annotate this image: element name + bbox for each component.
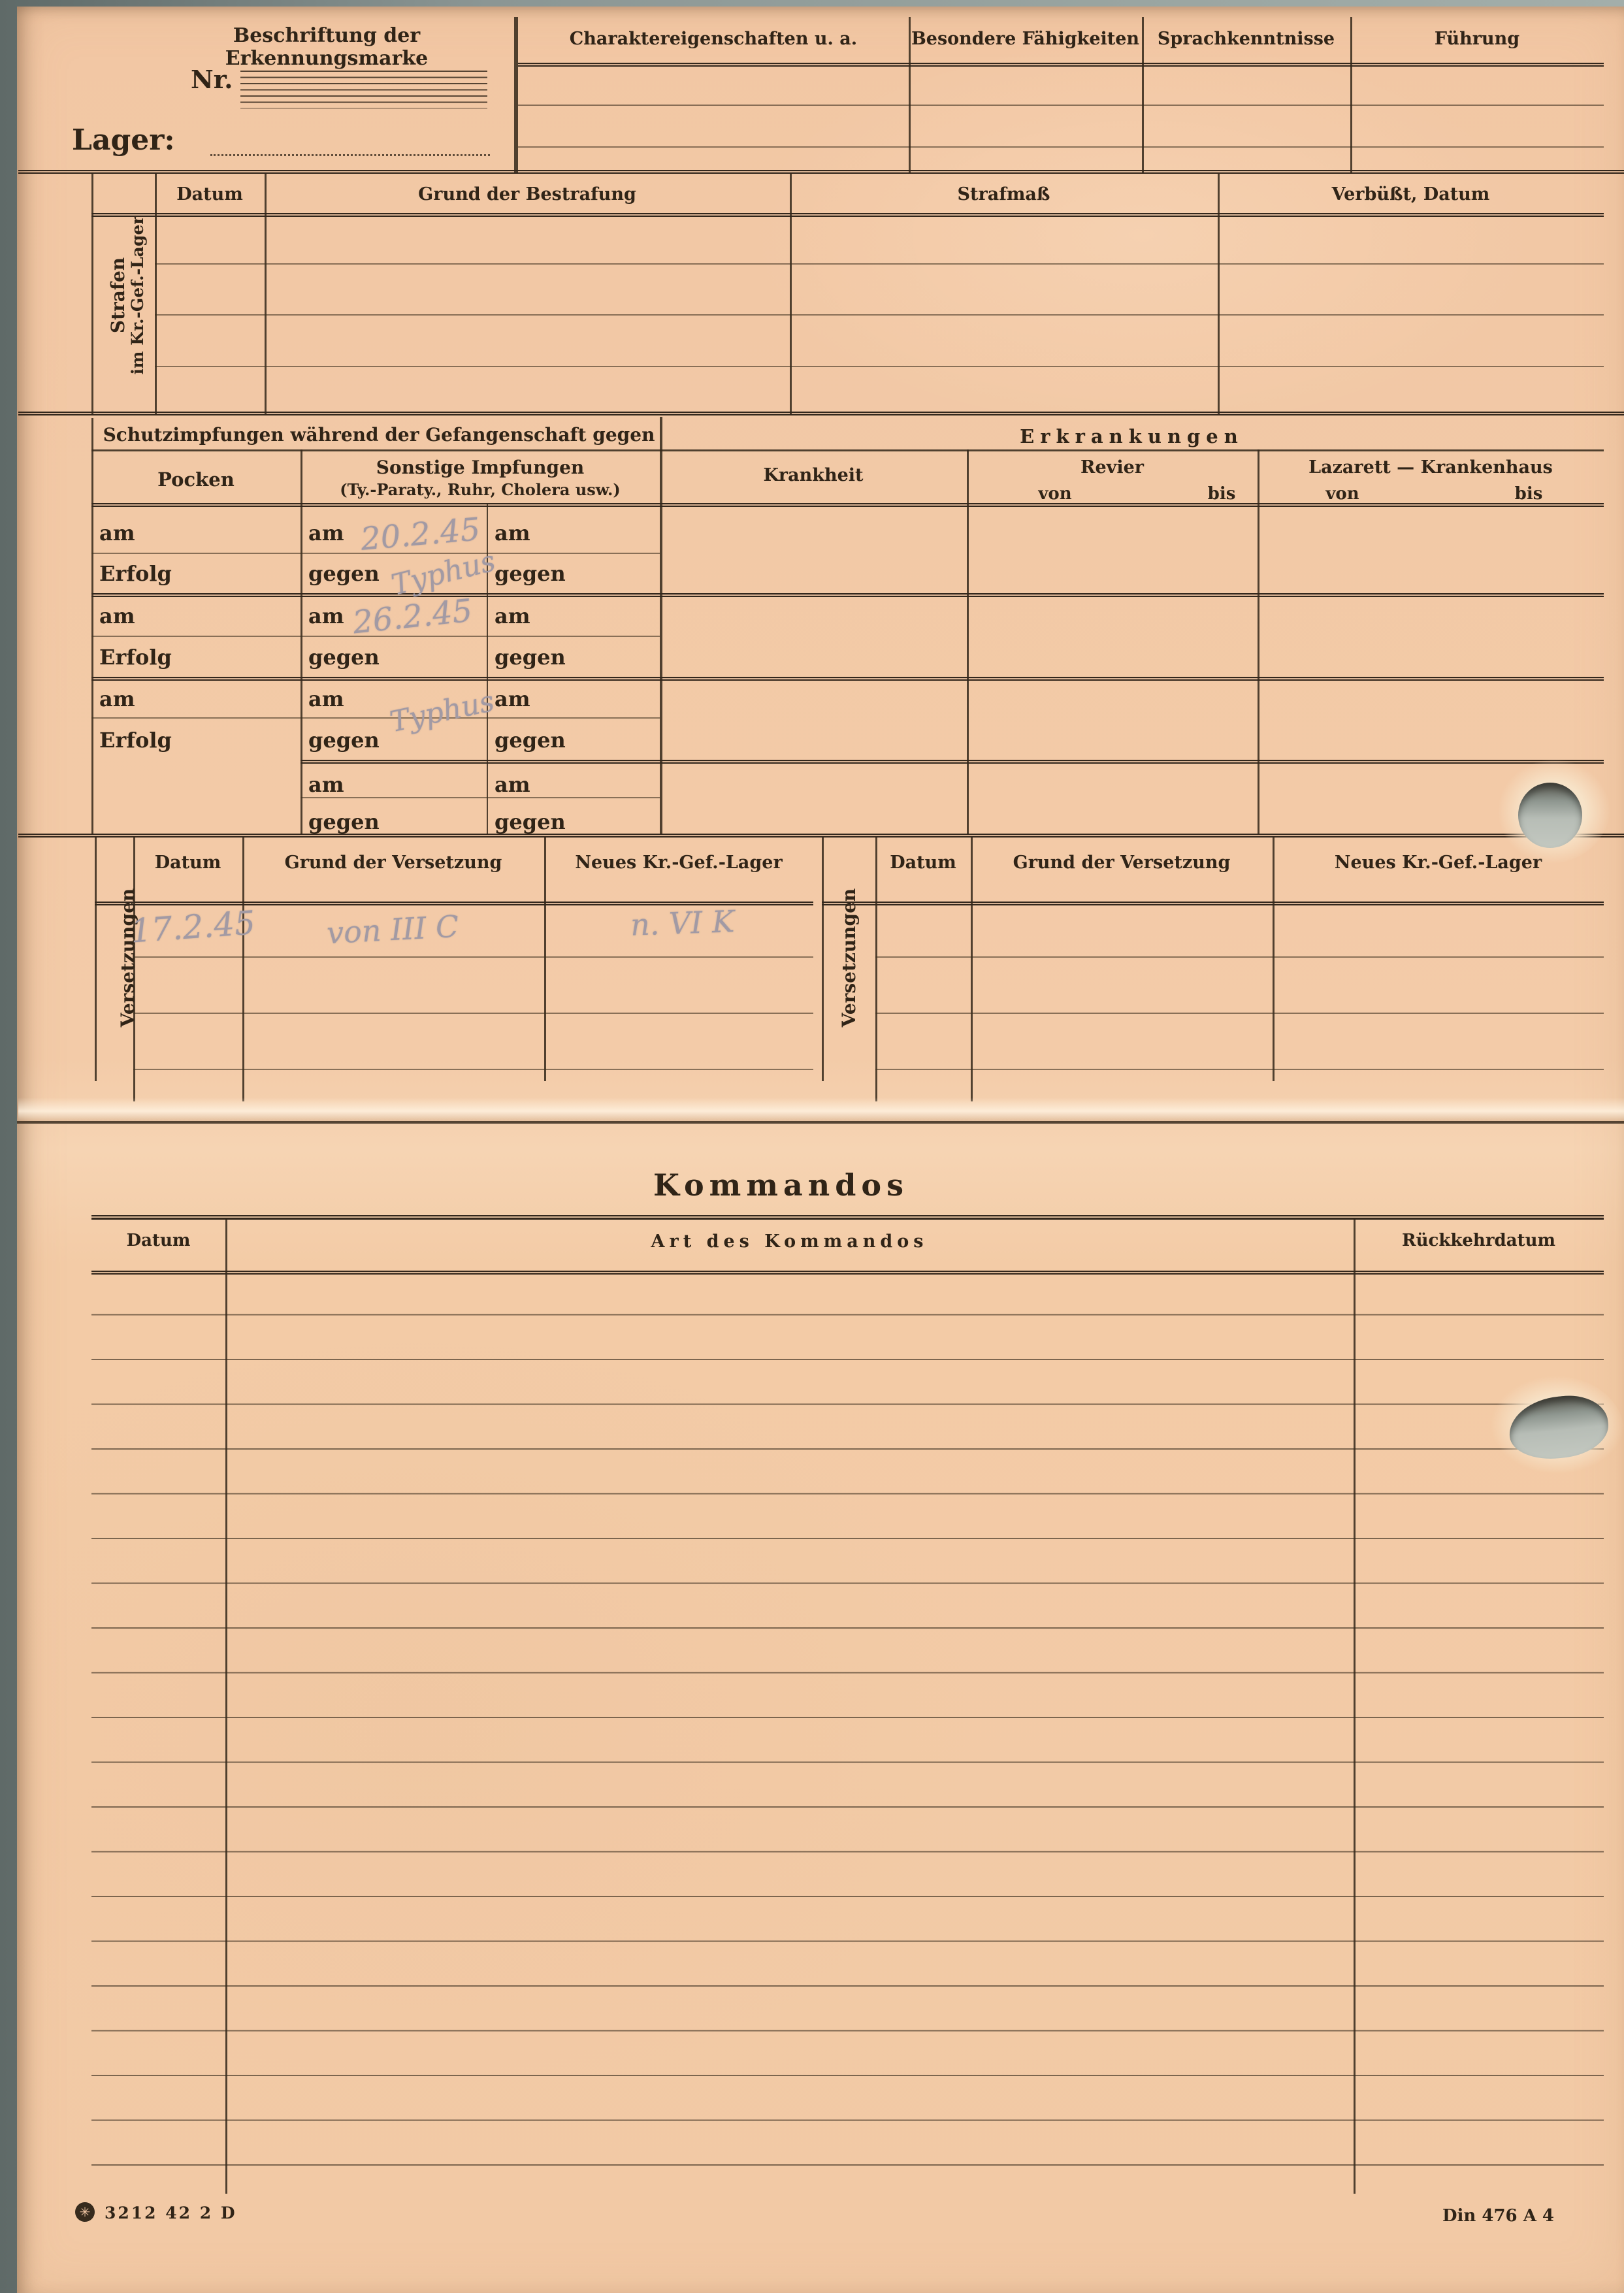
table-rule	[133, 1013, 813, 1014]
strafen-col-strafmass: Strafmaß	[790, 184, 1218, 204]
column-divider	[300, 449, 302, 835]
column-divider	[1273, 838, 1275, 1081]
erkrankungen-col-lazarett: Lazarett — Krankenhaus	[1258, 457, 1604, 478]
col-header-fuehrung: Führung	[1350, 29, 1604, 49]
kommandos-ruled-rows	[91, 1271, 1604, 2166]
revier-bis-label: bis	[1176, 485, 1267, 504]
strafen-col-datum: Datum	[155, 184, 265, 204]
sonstige-am-label: am	[308, 687, 344, 711]
lager-label: Lager:	[72, 124, 175, 157]
table-rule	[300, 797, 660, 798]
table-border	[822, 838, 824, 1081]
column-divider	[909, 17, 911, 174]
versetzungen-side-label-text: Versetzungen	[118, 866, 138, 1049]
pocken-am-label: am	[99, 521, 135, 545]
sonstige-gegen-label: gegen	[308, 645, 380, 670]
form-stamp-icon: ✳	[75, 2202, 95, 2222]
section-divider	[18, 412, 1624, 415]
erkrankungen-title: Erkrankungen	[660, 426, 1604, 447]
impfungen-col-sonstige: Sonstige Impfungen	[300, 457, 660, 478]
table-rule	[133, 1069, 813, 1070]
kommandos-col-art: Art des Kommandos	[225, 1231, 1354, 1252]
table-border	[95, 838, 97, 1081]
scanned-pow-card: Beschriftung der Erkennungsmarke Nr. Lag…	[0, 0, 1624, 2293]
column-divider	[1350, 17, 1352, 174]
pocken-am-label: am	[99, 604, 135, 628]
table-rule	[133, 956, 813, 958]
impfungen-title: Schutzimpfungen während der Gefangenscha…	[98, 425, 660, 446]
pocken-erfolg-label: Erfolg	[99, 728, 172, 753]
versetzungen-side-label: Versetzungen	[831, 866, 868, 1049]
lager-dotted-line	[210, 127, 490, 156]
sonstige-gegen-label: gegen	[495, 728, 566, 753]
versetzungen-col-datum: Datum	[875, 853, 971, 873]
table-rule	[91, 213, 1604, 217]
strafen-side-label: Strafen im Kr.-Gef.-Lager	[106, 204, 148, 387]
table-rule	[518, 63, 1604, 67]
col-header-faehigkeiten: Besondere Fähigkeiten	[909, 29, 1142, 49]
revier-von-label: von	[1009, 485, 1101, 504]
column-divider	[1142, 17, 1144, 174]
col-header-sprachen: Sprachkenntnisse	[1142, 29, 1350, 49]
pocken-am-label: am	[99, 687, 135, 711]
column-divider	[790, 174, 792, 415]
sonstige-gegen-label: gegen	[495, 810, 566, 834]
lazarett-bis-label: bis	[1483, 485, 1574, 504]
lazarett-von-label: von	[1297, 485, 1388, 504]
identity-tag-title: Beschriftung der Erkennungsmarke	[154, 25, 500, 70]
column-divider	[967, 449, 969, 835]
section-divider	[18, 170, 1624, 174]
table-rule	[155, 263, 1604, 265]
kommandos-title: Kommandos	[653, 1168, 862, 1203]
versetzungen-side-label-text: Versetzungen	[839, 866, 860, 1049]
column-divider	[155, 174, 157, 415]
sonstige-am-label: am	[308, 521, 344, 545]
sonstige-gegen-label: gegen	[308, 728, 380, 753]
column-divider	[875, 838, 877, 1101]
erkrankungen-col-revier: Revier	[967, 457, 1258, 478]
sonstige-am-label: am	[495, 604, 530, 628]
table-rule	[155, 366, 1604, 367]
handwritten-transfer-to: n. VI K	[630, 903, 735, 943]
sonstige-gegen-label: gegen	[495, 562, 566, 586]
sonstige-am-label: am	[495, 521, 530, 545]
table-border	[91, 174, 93, 415]
table-rule	[518, 146, 1604, 148]
column-divider	[1258, 449, 1259, 835]
strafen-side-label-line1: Strafen	[108, 204, 129, 387]
column-divider	[1218, 174, 1220, 415]
din-format-label: Din 476 A 4	[1442, 2207, 1554, 2226]
sonstige-gegen-label: gegen	[495, 645, 566, 670]
sonstige-am-label: am	[308, 604, 344, 628]
sonstige-gegen-label: gegen	[308, 562, 380, 586]
versetzungen-side-label: Versetzungen	[108, 866, 148, 1049]
table-rule	[300, 760, 1604, 764]
table-rule	[91, 503, 1604, 507]
nr-ruled-lines	[240, 71, 487, 108]
table-rule	[155, 314, 1604, 316]
section-divider	[18, 834, 1624, 838]
strafen-col-grund: Grund der Bestrafung	[265, 184, 790, 204]
strafen-side-label-line2: im Kr.-Gef.-Lager	[129, 204, 148, 387]
column-divider	[971, 838, 973, 1101]
table-rule	[875, 1013, 1604, 1014]
versetzungen-col-grund: Grund der Versetzung	[242, 853, 544, 873]
table-rule	[875, 956, 1604, 958]
versetzungen-col-neues: Neues Kr.-Gef.-Lager	[544, 853, 813, 873]
table-rule	[518, 105, 1604, 106]
fold-line	[17, 1121, 1624, 1124]
column-divider	[242, 838, 244, 1101]
pocken-erfolg-label: Erfolg	[99, 645, 172, 670]
nr-label: Nr.	[191, 65, 233, 94]
pocken-erfolg-label: Erfolg	[99, 562, 172, 586]
strafen-col-verbuesst: Verbüßt, Datum	[1218, 184, 1604, 204]
column-divider	[544, 838, 546, 1081]
table-rule	[91, 593, 1604, 597]
handwritten-transfer-from: von III C	[326, 909, 460, 951]
form-number: 3212 42 2 D	[105, 2204, 237, 2223]
versetzungen-col-datum: Datum	[133, 853, 242, 873]
column-divider	[265, 174, 267, 415]
erkrankungen-col-krankheit: Krankheit	[660, 465, 967, 485]
table-rule	[875, 1069, 1604, 1070]
sonstige-gegen-label: gegen	[308, 810, 380, 834]
impfungen-col-sonstige-sub: (Ty.-Paraty., Ruhr, Cholera usw.)	[300, 481, 660, 499]
kommandos-col-rueckkehr: Rückkehrdatum	[1354, 1231, 1604, 1251]
table-rule	[91, 449, 1604, 451]
sonstige-am-label: am	[495, 773, 530, 797]
table-rule	[91, 1215, 1604, 1220]
kommandos-col-datum: Datum	[91, 1231, 225, 1251]
impfungen-col-pocken: Pocken	[91, 469, 300, 491]
sonstige-am-label: am	[308, 773, 344, 797]
table-rule	[91, 677, 1604, 681]
punch-hole	[1518, 783, 1582, 848]
fold-crease	[18, 1098, 1624, 1122]
col-header-charakter: Charaktereigenschaften u. a.	[518, 29, 909, 49]
table-rule	[91, 717, 660, 719]
column-divider	[133, 838, 135, 1101]
versetzungen-col-grund: Grund der Versetzung	[971, 853, 1273, 873]
table-rule	[822, 902, 1604, 905]
sonstige-am-label: am	[495, 687, 530, 711]
